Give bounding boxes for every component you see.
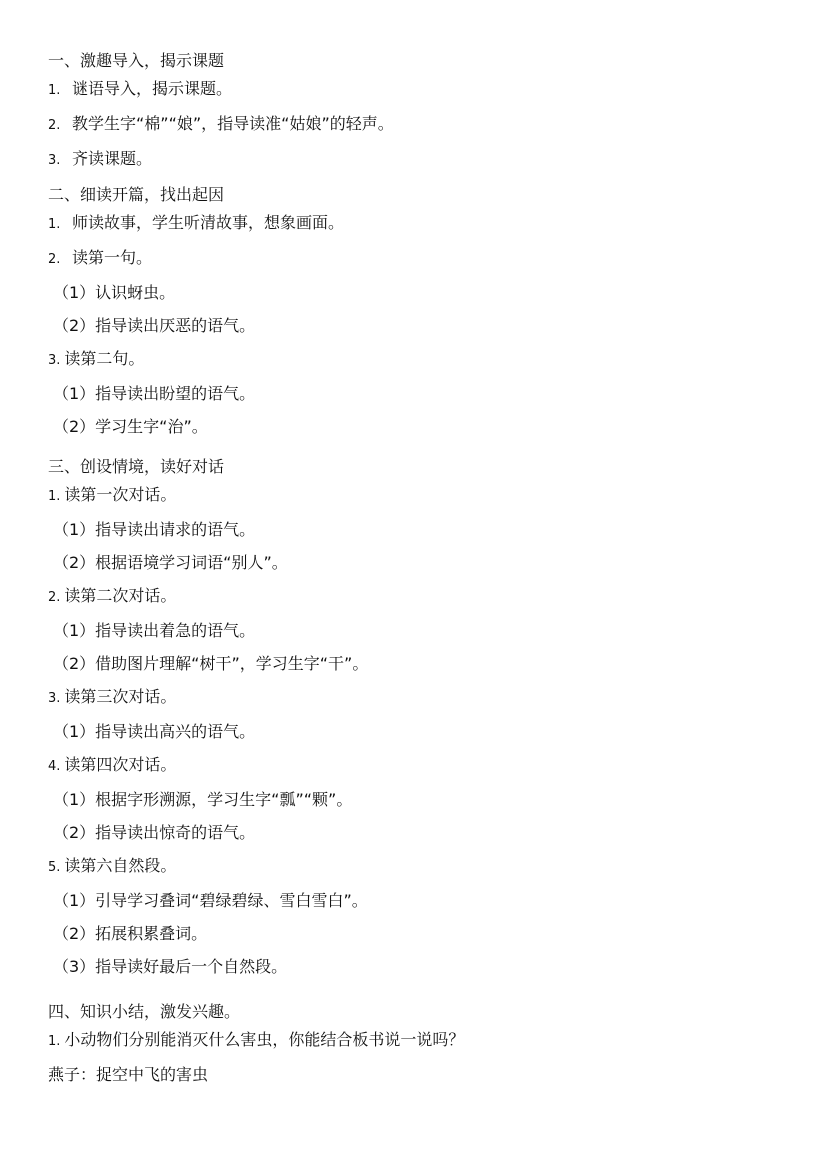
item-text: 小动物们分别能消灭什么害虫，你能结合板书说一说吗？ bbox=[64, 1030, 464, 1049]
numbered-item: 2.读第二次对话。 bbox=[48, 586, 771, 608]
numbered-item: 3.齐读课题。 bbox=[48, 149, 771, 171]
numbered-item: 1.谜语导入，揭示课题。 bbox=[48, 79, 771, 101]
text-line: 燕子：捉空中飞的害虫 bbox=[48, 1065, 771, 1085]
item-text: 读第一句。 bbox=[72, 248, 152, 267]
section-heading-3: 三、创设情境，读好对话 bbox=[48, 457, 771, 477]
item-text: 齐读课题。 bbox=[72, 149, 152, 168]
numbered-item: 3.读第三次对话。 bbox=[48, 687, 771, 709]
sub-item: （2）学习生字“治”。 bbox=[48, 417, 771, 437]
sub-item: （2）指导读出惊奇的语气。 bbox=[48, 823, 771, 843]
item-number: 1. bbox=[48, 215, 72, 235]
item-text: 读第一次对话。 bbox=[64, 485, 176, 504]
numbered-item: 2.教学生字“棉”“娘”，指导读准“姑娘”的轻声。 bbox=[48, 114, 771, 136]
sub-item: （3）指导读好最后一个自然段。 bbox=[48, 957, 771, 977]
sub-item: （1）指导读出盼望的语气。 bbox=[48, 384, 771, 404]
section-heading-2: 二、细读开篇，找出起因 bbox=[48, 185, 771, 205]
item-number: 5. bbox=[48, 860, 60, 875]
sub-item: （1）指导读出高兴的语气。 bbox=[48, 722, 771, 742]
numbered-item: 3.读第二句。 bbox=[48, 349, 771, 371]
item-text: 读第六自然段。 bbox=[64, 856, 176, 875]
item-number: 3. bbox=[48, 151, 72, 171]
item-number: 1. bbox=[48, 489, 60, 504]
section-heading-4: 四、知识小结，激发兴趣。 bbox=[48, 1002, 771, 1022]
item-number: 3. bbox=[48, 353, 60, 368]
item-text: 读第二句。 bbox=[64, 349, 144, 368]
sub-item: （1）引导学习叠词“碧绿碧绿、雪白雪白”。 bbox=[48, 891, 771, 911]
sub-item: （2）拓展积累叠词。 bbox=[48, 924, 771, 944]
numbered-item: 4.读第四次对话。 bbox=[48, 755, 771, 777]
item-text: 读第四次对话。 bbox=[64, 755, 176, 774]
numbered-item: 1.师读故事，学生听清故事，想象画面。 bbox=[48, 213, 771, 235]
item-number: 2. bbox=[48, 590, 60, 605]
sub-item: （1）指导读出着急的语气。 bbox=[48, 621, 771, 641]
item-number: 1. bbox=[48, 81, 72, 101]
item-number: 2. bbox=[48, 250, 72, 270]
sub-item: （2）指导读出厌恶的语气。 bbox=[48, 316, 771, 336]
numbered-item: 1.小动物们分别能消灭什么害虫，你能结合板书说一说吗？ bbox=[48, 1030, 771, 1052]
item-text: 读第三次对话。 bbox=[64, 687, 176, 706]
sub-item: （1）认识蚜虫。 bbox=[48, 283, 771, 303]
item-text: 读第二次对话。 bbox=[64, 586, 176, 605]
sub-item: （1）指导读出请求的语气。 bbox=[48, 520, 771, 540]
section-heading-1: 一、激趣导入，揭示课题 bbox=[48, 51, 771, 71]
sub-item: （1）根据字形溯源，学习生字“瓢”“颗”。 bbox=[48, 790, 771, 810]
numbered-item: 2.读第一句。 bbox=[48, 248, 771, 270]
item-text: 师读故事，学生听清故事，想象画面。 bbox=[72, 213, 344, 232]
item-number: 3. bbox=[48, 691, 60, 706]
item-text: 教学生字“棉”“娘”，指导读准“姑娘”的轻声。 bbox=[72, 114, 394, 133]
item-number: 4. bbox=[48, 759, 60, 774]
sub-item: （2）借助图片理解“树干”，学习生字“干”。 bbox=[48, 654, 771, 674]
item-number: 2. bbox=[48, 116, 72, 136]
numbered-item: 5.读第六自然段。 bbox=[48, 856, 771, 878]
document-page: 一、激趣导入，揭示课题 1.谜语导入，揭示课题。 2.教学生字“棉”“娘”，指导… bbox=[0, 0, 827, 1170]
numbered-item: 1.读第一次对话。 bbox=[48, 485, 771, 507]
item-number: 1. bbox=[48, 1034, 60, 1049]
item-text: 谜语导入，揭示课题。 bbox=[72, 79, 232, 98]
sub-item: （2）根据语境学习词语“别人”。 bbox=[48, 553, 771, 573]
